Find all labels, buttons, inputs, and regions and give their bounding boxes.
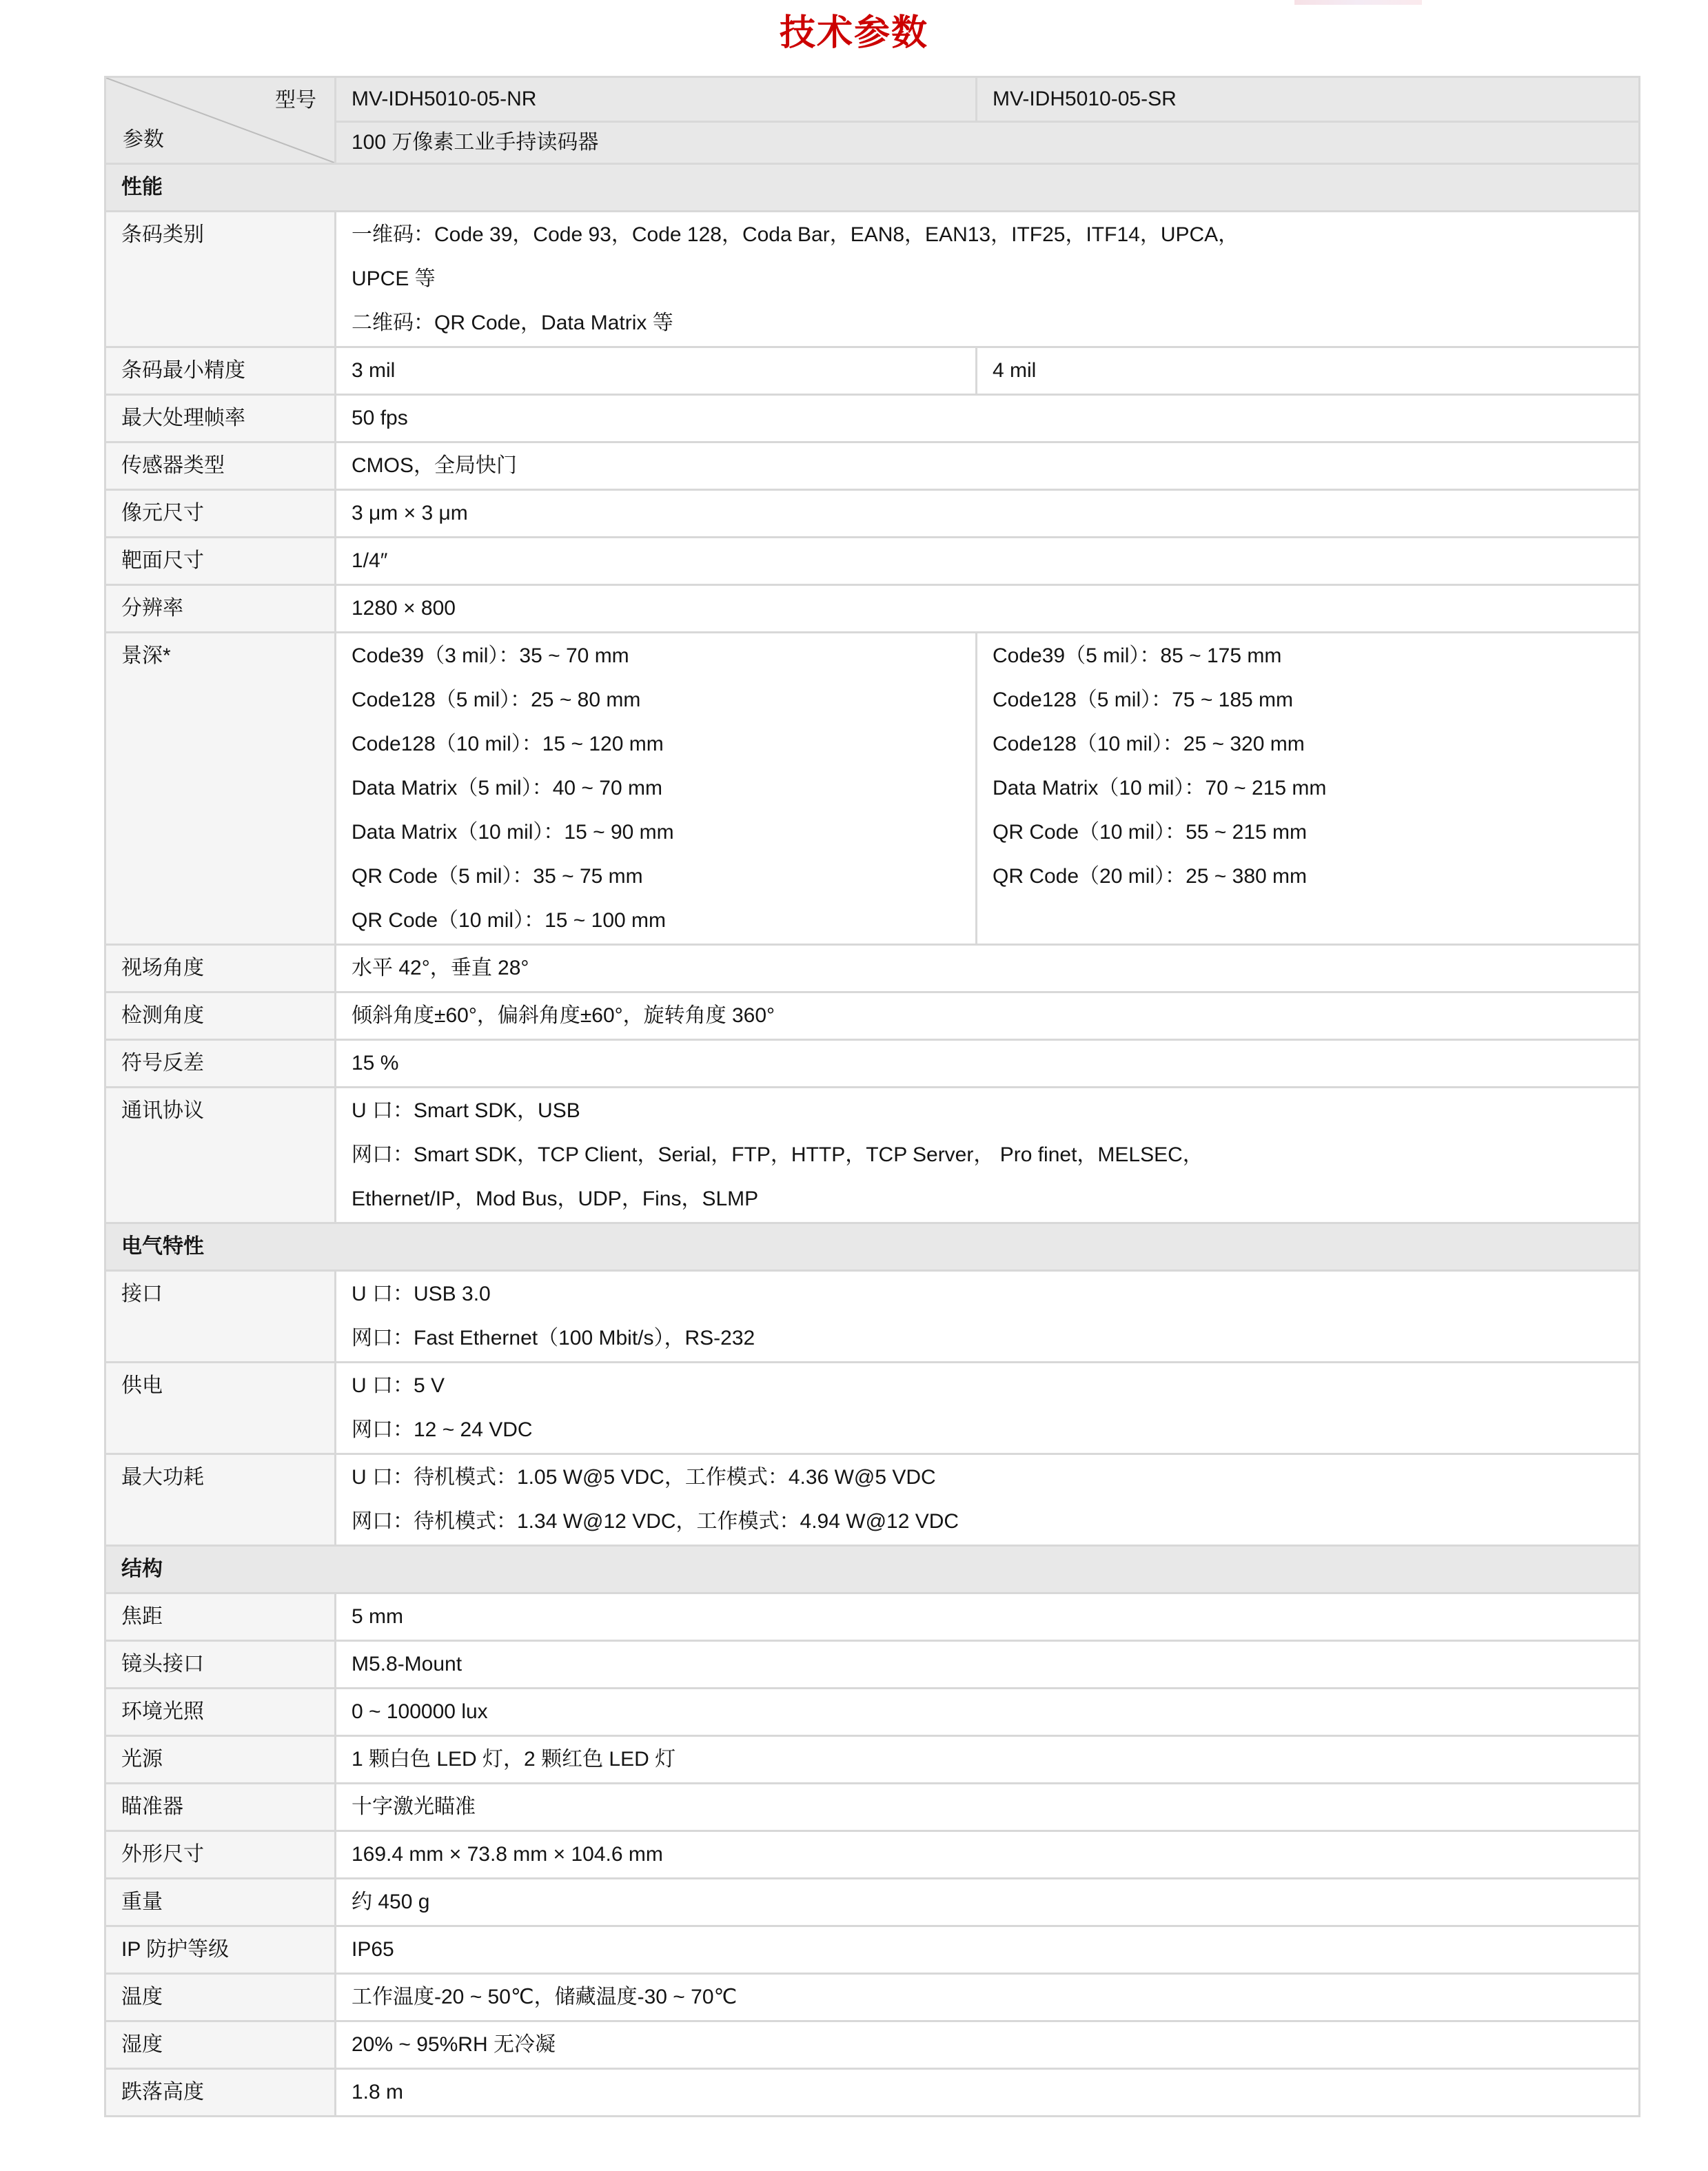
spec-label: 视场角度 bbox=[105, 945, 336, 992]
spec-label-text: 焦距 bbox=[121, 1595, 319, 1639]
spec-value-line: QR Code（10 mil）：55 ~ 215 mm bbox=[993, 811, 1623, 855]
spec-value: 20% ~ 95%RH 无冷凝 bbox=[336, 2021, 1640, 2069]
spec-label: 镜头接口 bbox=[105, 1641, 336, 1689]
corner-label-model: 型号 bbox=[275, 84, 316, 117]
spec-value-line: 工作温度-20 ~ 50℃，储藏温度-30 ~ 70℃ bbox=[352, 1975, 1623, 2019]
spec-value-line: Code128（5 mil）：75 ~ 185 mm bbox=[993, 678, 1623, 722]
spec-value: 倾斜角度±60°，偏斜角度±60°，旋转角度 360° bbox=[336, 992, 1640, 1040]
spec-label: 瞄准器 bbox=[105, 1784, 336, 1831]
spec-sheet-page: { "page": { "title": "技术参数", "colors": {… bbox=[0, 0, 1708, 2171]
spec-label-text: 靶面尺寸 bbox=[121, 539, 319, 583]
spec-row: 传感器类型CMOS，全局快门 bbox=[105, 442, 1640, 490]
spec-value-line: 1 颗白色 LED 灯，2 颗红色 LED 灯 bbox=[352, 1737, 1623, 1782]
spec-value-line: 倾斜角度±60°，偏斜角度±60°，旋转角度 360° bbox=[352, 994, 1623, 1038]
spec-label: 条码类别 bbox=[105, 212, 336, 347]
spec-row: 重量约 450 g bbox=[105, 1879, 1640, 1926]
spec-value-line: 1/4″ bbox=[352, 539, 1623, 583]
spec-row: 外形尺寸169.4 mm × 73.8 mm × 104.6 mm bbox=[105, 1831, 1640, 1879]
spec-row: 最大处理帧率50 fps bbox=[105, 395, 1640, 442]
spec-value-line: 二维码：QR Code，Data Matrix 等 bbox=[352, 301, 1623, 345]
product-subtitle: 100 万像素工业手持读码器 bbox=[336, 122, 1640, 164]
spec-value-line: 网口：Fast Ethernet（100 Mbit/s），RS-232 bbox=[352, 1316, 1623, 1360]
corner-label-parameter: 参数 bbox=[123, 123, 164, 156]
spec-row: 景深*Code39（3 mil）：35 ~ 70 mmCode128（5 mil… bbox=[105, 633, 1640, 945]
spec-label: 靶面尺寸 bbox=[105, 538, 336, 585]
spec-label: 温度 bbox=[105, 1974, 336, 2021]
spec-row: 靶面尺寸1/4″ bbox=[105, 538, 1640, 585]
spec-label-text: 最大功耗 bbox=[121, 1456, 319, 1500]
spec-value-line: Code39（3 mil）：35 ~ 70 mm bbox=[352, 634, 960, 678]
spec-value-line: Ethernet/IP，Mod Bus，UDP，Fins，SLMP bbox=[352, 1177, 1623, 1221]
spec-row: 瞄准器十字激光瞄准 bbox=[105, 1784, 1640, 1831]
spec-value-line: 网口：Smart SDK，TCP Client，Serial，FTP，HTTP，… bbox=[352, 1133, 1623, 1177]
spec-table: 型号 参数 MV-IDH5010-05-NR MV-IDH5010-05-SR … bbox=[104, 76, 1640, 2117]
spec-label: 景深* bbox=[105, 633, 336, 945]
spec-value: IP65 bbox=[336, 1926, 1640, 1974]
spec-value-line: U 口：USB 3.0 bbox=[352, 1272, 1623, 1316]
spec-row: 检测角度倾斜角度±60°，偏斜角度±60°，旋转角度 360° bbox=[105, 992, 1640, 1040]
spec-value: 十字激光瞄准 bbox=[336, 1784, 1640, 1831]
corner-header-cell: 型号 参数 bbox=[105, 77, 336, 164]
spec-value-line: CMOS，全局快门 bbox=[352, 444, 1623, 488]
spec-value-line: Data Matrix（10 mil）：15 ~ 90 mm bbox=[352, 811, 960, 855]
spec-label-text: 像元尺寸 bbox=[121, 491, 319, 536]
spec-label: 重量 bbox=[105, 1879, 336, 1926]
section-row: 结构 bbox=[105, 1546, 1640, 1593]
spec-value: 5 mm bbox=[336, 1593, 1640, 1641]
spec-value: 水平 42°，垂直 28° bbox=[336, 945, 1640, 992]
spec-label-text: 传感器类型 bbox=[121, 444, 319, 488]
model-name-a: MV-IDH5010-05-NR bbox=[336, 77, 977, 122]
spec-row: IP 防护等级IP65 bbox=[105, 1926, 1640, 1974]
spec-label-text: 最大处理帧率 bbox=[121, 396, 319, 440]
spec-value-line: U 口：5 V bbox=[352, 1364, 1623, 1408]
spec-value-line: 一维码：Code 39，Code 93，Code 128，Coda Bar，EA… bbox=[352, 213, 1623, 257]
spec-label-text: 视场角度 bbox=[121, 946, 319, 990]
spec-value: 1/4″ bbox=[336, 538, 1640, 585]
spec-label-text: 重量 bbox=[121, 1880, 319, 1924]
spec-value: 169.4 mm × 73.8 mm × 104.6 mm bbox=[336, 1831, 1640, 1879]
spec-row: 跌落高度1.8 m bbox=[105, 2069, 1640, 2117]
spec-label-text: 供电 bbox=[121, 1364, 319, 1408]
spec-value: 4 mil bbox=[977, 347, 1640, 395]
spec-value-line: 约 450 g bbox=[352, 1880, 1623, 1924]
spec-row: 光源1 颗白色 LED 灯，2 颗红色 LED 灯 bbox=[105, 1736, 1640, 1784]
spec-label-text: 条码类别 bbox=[121, 213, 319, 257]
spec-label: 最大处理帧率 bbox=[105, 395, 336, 442]
spec-label-text: 湿度 bbox=[121, 2023, 319, 2067]
spec-value: 50 fps bbox=[336, 395, 1640, 442]
spec-value: U 口：5 V网口：12 ~ 24 VDC bbox=[336, 1363, 1640, 1454]
spec-label: 焦距 bbox=[105, 1593, 336, 1641]
spec-label: 像元尺寸 bbox=[105, 490, 336, 538]
spec-label: 符号反差 bbox=[105, 1040, 336, 1088]
spec-row: 视场角度水平 42°，垂直 28° bbox=[105, 945, 1640, 992]
spec-value: Code39（3 mil）：35 ~ 70 mmCode128（5 mil）：2… bbox=[336, 633, 977, 945]
spec-label: 供电 bbox=[105, 1363, 336, 1454]
spec-value: U 口：Smart SDK，USB网口：Smart SDK，TCP Client… bbox=[336, 1088, 1640, 1223]
spec-label: 传感器类型 bbox=[105, 442, 336, 490]
spec-value-line: Code128（10 mil）：25 ~ 320 mm bbox=[993, 722, 1623, 766]
spec-label: 接口 bbox=[105, 1271, 336, 1363]
spec-value-line: U 口：Smart SDK，USB bbox=[352, 1089, 1623, 1133]
spec-value: 工作温度-20 ~ 50℃，储藏温度-30 ~ 70℃ bbox=[336, 1974, 1640, 2021]
spec-row: 环境光照0 ~ 100000 lux bbox=[105, 1689, 1640, 1736]
spec-value-line: UPCE 等 bbox=[352, 257, 1623, 301]
spec-label: 跌落高度 bbox=[105, 2069, 336, 2117]
spec-row: 像元尺寸3 μm × 3 μm bbox=[105, 490, 1640, 538]
spec-label-text: 通讯协议 bbox=[121, 1089, 319, 1133]
spec-label: 环境光照 bbox=[105, 1689, 336, 1736]
spec-table-body: 性能条码类别一维码：Code 39，Code 93，Code 128，Coda … bbox=[105, 164, 1640, 2117]
model-name-b: MV-IDH5010-05-SR bbox=[977, 77, 1640, 122]
spec-value-line: QR Code（20 mil）：25 ~ 380 mm bbox=[993, 855, 1623, 899]
spec-value-line: Code128（10 mil）：15 ~ 120 mm bbox=[352, 722, 960, 766]
spec-row: 镜头接口M5.8-Mount bbox=[105, 1641, 1640, 1689]
spec-row: 条码类别一维码：Code 39，Code 93，Code 128，Coda Ba… bbox=[105, 212, 1640, 347]
spec-value: 1280 × 800 bbox=[336, 585, 1640, 633]
spec-label-text: 景深* bbox=[121, 634, 319, 678]
spec-label-text: 镜头接口 bbox=[121, 1642, 319, 1686]
spec-value-line: 3 mil bbox=[352, 349, 960, 393]
spec-value-line: Code128（5 mil）：25 ~ 80 mm bbox=[352, 678, 960, 722]
spec-value: U 口：待机模式：1.05 W@5 VDC，工作模式：4.36 W@5 VDC网… bbox=[336, 1454, 1640, 1546]
spec-row: 供电U 口：5 V网口：12 ~ 24 VDC bbox=[105, 1363, 1640, 1454]
spec-label: 最大功耗 bbox=[105, 1454, 336, 1546]
spec-value: Code39（5 mil）：85 ~ 175 mmCode128（5 mil）：… bbox=[977, 633, 1640, 945]
spec-value-line: 3 μm × 3 μm bbox=[352, 491, 1623, 536]
spec-value: 1.8 m bbox=[336, 2069, 1640, 2117]
spec-label-text: 瞄准器 bbox=[121, 1785, 319, 1829]
spec-value: U 口：USB 3.0网口：Fast Ethernet（100 Mbit/s），… bbox=[336, 1271, 1640, 1363]
spec-value-line: 水平 42°，垂直 28° bbox=[352, 946, 1623, 990]
spec-value-line: M5.8-Mount bbox=[352, 1642, 1623, 1686]
spec-value: 约 450 g bbox=[336, 1879, 1640, 1926]
spec-value: 一维码：Code 39，Code 93，Code 128，Coda Bar，EA… bbox=[336, 212, 1640, 347]
spec-value-line: 169.4 mm × 73.8 mm × 104.6 mm bbox=[352, 1833, 1623, 1877]
spec-value-line: U 口：待机模式：1.05 W@5 VDC，工作模式：4.36 W@5 VDC bbox=[352, 1456, 1623, 1500]
spec-label-text: 条码最小精度 bbox=[121, 349, 319, 393]
spec-label-text: 光源 bbox=[121, 1737, 319, 1782]
spec-row: 分辨率1280 × 800 bbox=[105, 585, 1640, 633]
page-title: 技术参数 bbox=[0, 12, 1708, 54]
top-edge-cropped-artifact bbox=[1294, 0, 1422, 5]
spec-value-line: 网口：12 ~ 24 VDC bbox=[352, 1408, 1623, 1452]
spec-value: 3 μm × 3 μm bbox=[336, 490, 1640, 538]
spec-row: 条码最小精度3 mil4 mil bbox=[105, 347, 1640, 395]
spec-value-line: Data Matrix（10 mil）：70 ~ 215 mm bbox=[993, 766, 1623, 811]
spec-label: 检测角度 bbox=[105, 992, 336, 1040]
spec-value-line: 50 fps bbox=[352, 396, 1623, 440]
spec-value: 1 颗白色 LED 灯，2 颗红色 LED 灯 bbox=[336, 1736, 1640, 1784]
spec-label: 分辨率 bbox=[105, 585, 336, 633]
spec-value-line: 十字激光瞄准 bbox=[352, 1785, 1623, 1829]
spec-row: 湿度20% ~ 95%RH 无冷凝 bbox=[105, 2021, 1640, 2069]
spec-value-line: IP65 bbox=[352, 1928, 1623, 1972]
spec-label: 湿度 bbox=[105, 2021, 336, 2069]
spec-label: 光源 bbox=[105, 1736, 336, 1784]
spec-value-line: 网口：待机模式：1.34 W@12 VDC，工作模式：4.94 W@12 VDC bbox=[352, 1500, 1623, 1544]
spec-label-text: 检测角度 bbox=[121, 994, 319, 1038]
spec-value: CMOS，全局快门 bbox=[336, 442, 1640, 490]
section-row: 性能 bbox=[105, 164, 1640, 212]
spec-row: 通讯协议U 口：Smart SDK，USB网口：Smart SDK，TCP Cl… bbox=[105, 1088, 1640, 1223]
spec-value-line: Code39（5 mil）：85 ~ 175 mm bbox=[993, 634, 1623, 678]
spec-label: IP 防护等级 bbox=[105, 1926, 336, 1974]
spec-value: M5.8-Mount bbox=[336, 1641, 1640, 1689]
spec-value-line: QR Code（10 mil）：15 ~ 100 mm bbox=[352, 899, 960, 943]
spec-value-line: 4 mil bbox=[993, 349, 1623, 393]
spec-value-line: 5 mm bbox=[352, 1595, 1623, 1639]
spec-row: 焦距5 mm bbox=[105, 1593, 1640, 1641]
spec-label-text: 分辨率 bbox=[121, 587, 319, 631]
section-header: 电气特性 bbox=[105, 1223, 1640, 1271]
spec-label: 条码最小精度 bbox=[105, 347, 336, 395]
header-row-models: 型号 参数 MV-IDH5010-05-NR MV-IDH5010-05-SR bbox=[105, 77, 1640, 122]
section-header: 性能 bbox=[105, 164, 1640, 212]
spec-label-text: 温度 bbox=[121, 1975, 319, 2019]
spec-value-line: QR Code（5 mil）：35 ~ 75 mm bbox=[352, 855, 960, 899]
spec-label-text: 跌落高度 bbox=[121, 2070, 319, 2114]
spec-label-text: 符号反差 bbox=[121, 1041, 319, 1085]
spec-value: 15 % bbox=[336, 1040, 1640, 1088]
spec-value: 3 mil bbox=[336, 347, 977, 395]
spec-value-line: Data Matrix（5 mil）：40 ~ 70 mm bbox=[352, 766, 960, 811]
spec-value-line: 20% ~ 95%RH 无冷凝 bbox=[352, 2023, 1623, 2067]
spec-label-text: 环境光照 bbox=[121, 1690, 319, 1734]
spec-value-line: 1280 × 800 bbox=[352, 587, 1623, 631]
spec-value-line: 0 ~ 100000 lux bbox=[352, 1690, 1623, 1734]
spec-row: 温度工作温度-20 ~ 50℃，储藏温度-30 ~ 70℃ bbox=[105, 1974, 1640, 2021]
spec-label-text: IP 防护等级 bbox=[121, 1928, 319, 1972]
spec-label-text: 接口 bbox=[121, 1272, 319, 1316]
spec-value-line: 15 % bbox=[352, 1041, 1623, 1085]
spec-value: 0 ~ 100000 lux bbox=[336, 1689, 1640, 1736]
spec-label-text: 外形尺寸 bbox=[121, 1833, 319, 1877]
section-header: 结构 bbox=[105, 1546, 1640, 1593]
section-row: 电气特性 bbox=[105, 1223, 1640, 1271]
spec-row: 符号反差15 % bbox=[105, 1040, 1640, 1088]
spec-row: 接口U 口：USB 3.0网口：Fast Ethernet（100 Mbit/s… bbox=[105, 1271, 1640, 1363]
spec-value-line: 1.8 m bbox=[352, 2070, 1623, 2114]
spec-label: 通讯协议 bbox=[105, 1088, 336, 1223]
spec-label: 外形尺寸 bbox=[105, 1831, 336, 1879]
spec-row: 最大功耗U 口：待机模式：1.05 W@5 VDC，工作模式：4.36 W@5 … bbox=[105, 1454, 1640, 1546]
